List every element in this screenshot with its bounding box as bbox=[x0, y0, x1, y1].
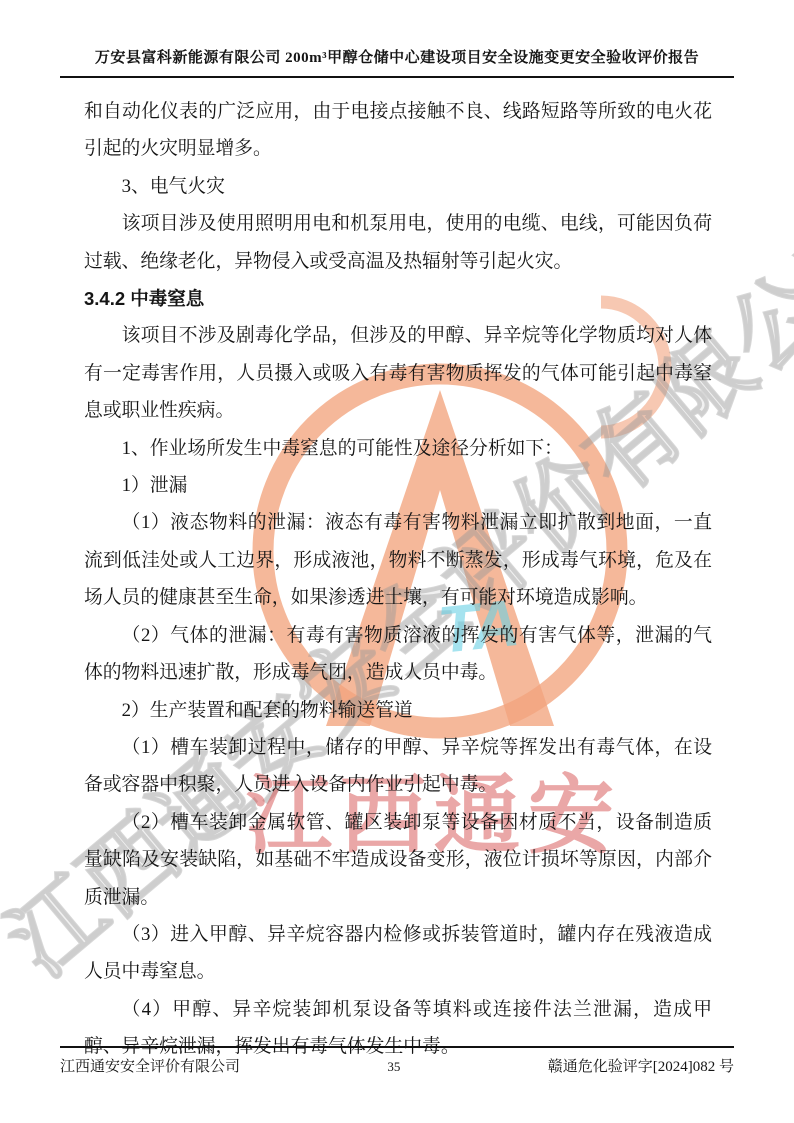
footer-page-number: 35 bbox=[387, 1059, 400, 1075]
paragraph: （2）槽车装卸金属软管、罐区装卸泵等设备因材质不当，设备制造质量缺陷及安装缺陷，… bbox=[84, 804, 712, 916]
paragraph: 该项目不涉及剧毒化学品，但涉及的甲醇、异辛烷等化学物质均对人体有一定毒害作用，人… bbox=[84, 317, 712, 429]
paragraph: （2）气体的泄漏：有毒有害物质溶液的挥发的有害气体等，泄漏的气体的物料迅速扩散，… bbox=[84, 617, 712, 692]
section-heading: 3.4.2 中毒窒息 bbox=[84, 280, 712, 317]
paragraph: 2）生产装置和配套的物料输送管道 bbox=[84, 692, 712, 729]
footer-company: 江西通安安全评价有限公司 bbox=[60, 1055, 240, 1076]
paragraph: 该项目涉及使用照明用电和机泵用电，使用的电缆、电线，可能因负荷过载、绝缘老化，异… bbox=[84, 205, 712, 280]
paragraph: 1）泄漏 bbox=[84, 467, 712, 504]
page-header: 万安县富科新能源有限公司 200m³甲醇仓储中心建设项目安全设施变更安全验收评价… bbox=[60, 46, 734, 78]
page-footer: 江西通安安全评价有限公司 35 赣通危化验评字[2024]082 号 bbox=[60, 1046, 734, 1076]
paragraph: 和自动化仪表的广泛应用，由于电接点接触不良、线路短路等所致的电火花引起的火灾明显… bbox=[84, 93, 712, 168]
paragraph: （3）进入甲醇、异辛烷容器内检修或拆装管道时，罐内存在残液造成人员中毒窒息。 bbox=[84, 916, 712, 991]
document-body: 和自动化仪表的广泛应用，由于电接点接触不良、线路短路等所致的电火花引起的火灾明显… bbox=[84, 93, 712, 1066]
paragraph: 3、电气火灾 bbox=[84, 168, 712, 205]
footer-doc-number: 赣通危化验评字[2024]082 号 bbox=[548, 1055, 734, 1076]
paragraph: （1）槽车装卸过程中，储存的甲醇、异辛烷等挥发出有毒气体，在设备或容器中积聚，人… bbox=[84, 729, 712, 804]
paragraph: （1）液态物料的泄漏：液态有毒有害物料泄漏立即扩散到地面，一直流到低洼处或人工边… bbox=[84, 504, 712, 616]
header-title: 万安县富科新能源有限公司 200m³甲醇仓储中心建设项目安全设施变更安全验收评价… bbox=[95, 50, 699, 66]
paragraph: 1、作业场所发生中毒窒息的可能性及途径分析如下： bbox=[84, 430, 712, 467]
document-page: 江西通安安全评价有限公司 江西通安 TA 万安县富科新能源有限公司 200m³甲… bbox=[0, 0, 794, 1123]
